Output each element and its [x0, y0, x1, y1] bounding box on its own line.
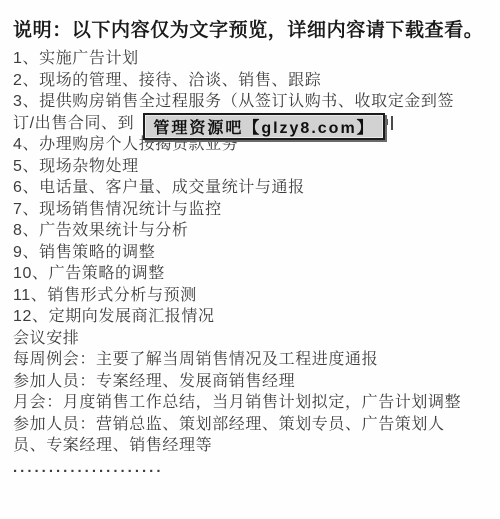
document-preview-page: 说明：以下内容仅为文字预览，详细内容请下载查看。 1、实施广告计划2、现场的管理… — [0, 0, 500, 519]
text-line: 10、广告策略的调整 — [13, 263, 495, 285]
text-line: 6、电话量、客户量、成交量统计与通报 — [13, 177, 495, 199]
text-line: 参加人员：专案经理、发展商销售经理 — [13, 371, 495, 393]
text-line: 5、现场杂物处理 — [13, 156, 495, 178]
text-line: 12、定期向发展商汇报情况 — [13, 306, 495, 328]
body-lines: 1、实施广告计划2、现场的管理、接待、洽谈、销售、跟踪3、提供购房销售全过程服务… — [13, 48, 495, 457]
text-line: 3、提供购房销售全过程服务（从签订认购书、收取定金到签 — [13, 91, 495, 113]
text-line: 每周例会：主要了解当周销售情况及工程进度通报 — [13, 349, 495, 371]
text-line: 11、销售形式分析与预测 — [13, 285, 495, 307]
clipped-character-fragment — [391, 116, 393, 130]
text-line: 8、广告效果统计与分析 — [13, 220, 495, 242]
text-line: 9、销售策略的调整 — [13, 242, 495, 264]
text-line: 员、专案经理、销售经理等 — [13, 435, 495, 457]
text-line: 7、现场销售情况统计与监控 — [13, 199, 495, 221]
text-line: 2、现场的管理、接待、洽谈、销售、跟踪 — [13, 70, 495, 92]
ellipsis-line: ..................... — [13, 457, 495, 479]
text-line: 会议安排 — [13, 328, 495, 350]
preview-notice: 说明：以下内容仅为文字预览，详细内容请下载查看。 — [13, 15, 483, 42]
watermark-badge: 管理资源吧【glzy8.com】 — [143, 113, 385, 140]
text-line: 月会：月度销售工作总结，当月销售计划拟定，广告计划调整 — [13, 392, 495, 414]
text-line: 参加人员：营销总监、策划部经理、策划专员、广告策划人 — [13, 414, 495, 436]
watermark-text: 管理资源吧【glzy8.com】 — [153, 115, 374, 138]
text-line: 1、实施广告计划 — [13, 48, 495, 70]
